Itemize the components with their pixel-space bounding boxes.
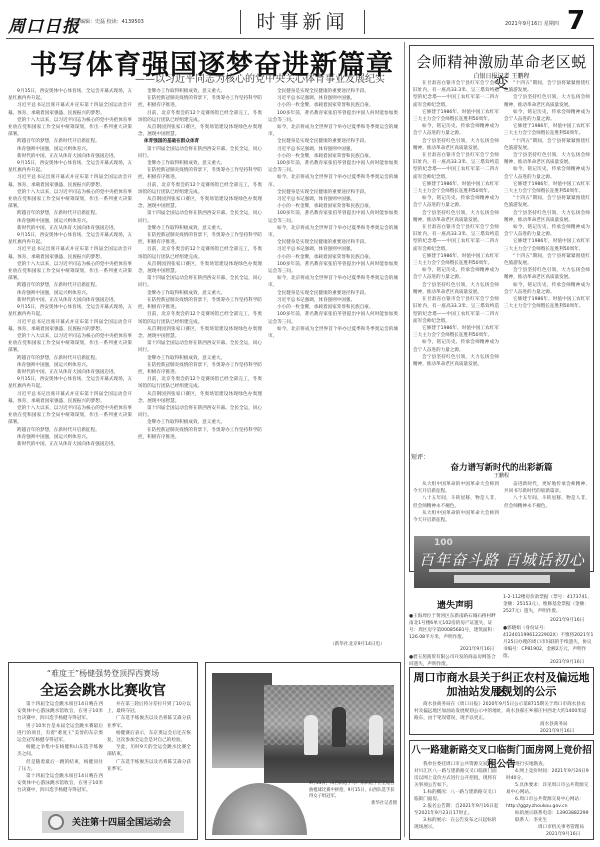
paragraph: 如今，北京将成为全世界首个举办过夏季和冬季奥运会的城市。 [268,124,398,138]
lead-subheadline: ——以习近平同志为核心的党中央关心体育事业发展纪实 [135,70,385,85]
paragraph: 新时代的中国，正在从体育大国向体育强国迈进。 [8,225,132,232]
paragraph: 如今，铭记历史、传承会师精神成为会宁人奋进的力量之源。 [504,282,590,296]
paragraph: 杨健赛后表示，东京奥运会后还在恢复，这次参加全运会是对自己的检验。 [107,730,191,744]
paragraph: 在甘肃省白银市会宁县红军会宁会师旧址内，有一座高33.3米、呈三塔耸峙造型的纪念… [413,80,499,109]
paragraph: 目前，北京冬奥会的12个竞赛场馆已经全部完工，冬奥场馆的运行团队已经组建完成。 [138,376,262,390]
paragraph: 新时代的中国，正在从体育大国向体育强国迈进。 [8,441,132,448]
paragraph: 如今，铭记历史、传承会师精神成为会宁人奋进的力量之源。 [413,123,499,137]
diving-headline: 全运会跳水比赛收官 [9,680,197,700]
player-figure [304,715,318,755]
paragraph: 新时代的中国，正在从体育大国向体育强国迈进。 [8,153,132,160]
paragraph: 金牌办工作取得积极成效，意义重大。 [138,419,262,426]
paragraph: 9月15日，西安奥体中心体育场，全运会开幕式现场，五星红旗冉冉升起。 [8,376,132,390]
banner-caption-box [454,575,550,583]
paragraph: 3.标的展示：在公告发布之日起标的现场展示。 [414,817,500,831]
paragraph: 跨越百年的梦想，在新时代开启新征程。 [8,427,132,434]
caption-text: 9月15日，山西队选手与广东队选手在全运会曲棍球比赛中拼抢，9月15日，山西队选… [309,781,395,799]
lost-notice-entry-4: ●郭晓娟（身份证号：41240119961222902X）不慎将2021年1月2… [503,625,594,660]
diving-article-box: “难度王”杨健强势登顶捍西赛场 全运会跳水比赛收官 第十四届全运会跳水项目14日… [8,662,198,840]
paragraph: 从首钢园到张家口赛区，冬奥场馆建设体现绿色办奥理念，展现中国智慧。 [138,124,262,138]
paragraph: 联系人：李先生 [506,817,591,824]
paragraph: 它修建于1986年，时值中国工农红军三大主力会宁会师暨长征胜利50周年。 [504,181,590,195]
lost-notice-entry-1: ●王海周位于黄河区东新南路石城石桥村畔南北1号楼6单元102房的房产证遗失，证号… [409,613,497,641]
sports-photo-box: 9月15日，山西队选手与广东队选手在全运会曲棍球比赛中拼抢，9月15日，山西队选… [205,662,401,840]
paragraph: 目前，北京冬奥会的12个竞赛场馆已经全部完工，冬奥场馆的运行团队已经组建完成。 [138,182,262,196]
paragraph: 在甘肃省白银市会宁县红军会宁会师旧址内，有一座高33.3米、呈三塔耸峙造型的纪念… [413,224,499,253]
feature-byline: 白银日报记者 王鹏程 [410,71,593,80]
paragraph: 会宁县坚持红色引领，大力弘扬会师精神，推动革命老区高质量发展。 [504,94,590,108]
paragraph: 100多年前，著名教育家张伯苓曾提出中国人何时能参加奥运会等三问。 [268,160,398,174]
paragraph: 党的十八大以来，以习近平同志为核心的党中央把体育事业放在党和国家工作全局中统筹谋… [8,405,132,427]
paragraph: 如今，北京将成为全世界首个举办过夏季和冬季奥运会的城市。 [268,225,398,239]
hockey-photo-main [264,685,394,783]
paragraph: 全民健身是实现全民健康的重要途径和手段。 [268,189,398,196]
centenary-badge: 100 [434,538,453,548]
lost-notice-date-4: 2021年9月16日 [550,659,584,665]
paragraph: 习近平总书记强调，体育强则中国强。 [268,196,398,203]
paragraph: 从大组中国革命的中国革命大会师到今天开启新征程。 [413,510,499,524]
paragraph: 会宁县坚持红色引领，大力弘扬会师精神，推动革命老区高质量发展。 [413,282,499,296]
paragraph: 100多年前，著名教育家张伯苓曾提出中国人何时能参加奥运会等三问。 [268,210,398,224]
paragraph: 在防控新冠肺炎疫情的背景下，冬奥筹办工作坚持科学防控，积极有序推进。 [138,362,262,376]
national-games-banner: 关注第十四届全国运动会 [42,811,184,833]
hockey-photo-left [212,673,272,768]
paragraph: 标的展示联系电话：13903882299 [506,810,591,817]
paragraph: “十四五”期间，会宁县将紧紧围绕红色旅游发展。 [504,195,590,209]
paragraph: 全民健身是实现全民健康的重要途径和手段。 [268,138,398,145]
paragraph: 习近平总书记出席开幕式并宣布第十四届全国运动会开幕。体育，承载着国家强盛、民族振… [8,102,132,116]
commentary-byline: 王鹏程 [409,472,594,479]
paragraph: 跨越百年的梦想，在新时代开启新征程。 [8,138,132,145]
paragraph: 杨健之争集中在杨健和山东选手练俊杰之间。 [17,744,103,758]
paragraph: 在防控新冠肺炎疫情的背景下，冬奥筹办工作坚持科学防控，积极有序推进。 [138,167,262,181]
paragraph: 在防控新冠肺炎疫情的背景下，冬奥筹办工作坚持科学防控，积极有序推进。 [138,427,262,441]
games-banner-label: 关注第十四届全国运动会 [72,815,171,828]
paragraph: 习近平总书记强调，体育强则中国强。 [268,246,398,253]
paragraph: 新时代的中国，正在从体育大国向体育强国迈进。 [8,369,132,376]
paragraph: 5.具体要求：详见周口市公共资源交易中心网站。 [506,782,591,796]
paragraph: 小小的一枚金牌，承载着国家荣誉和民族自豪。 [268,102,398,109]
lost-notice-date-1: 2021年9月16日 [460,646,494,652]
website-link[interactable]: 6.周口市公共资源交易中心网站：http://ggzy.zhoukou.gov.… [506,796,591,810]
commentary-column-1: 从大组中国革命的中国革命大会师到今天开启新征程。 八十五年间，斗转星移，物是人非… [413,481,499,531]
paragraph: 全民健身是实现全民健康的重要途径和手段。 [268,290,398,297]
paragraph: 全民健身是实现全民健康的重要途径和手段。 [268,88,398,95]
paragraph: 从首钢园到张家口赛区，冬奥场馆建设体现绿色办奥理念，展现中国智慧。 [138,261,262,275]
paragraph: 金牌办工作取得积极成效，意义重大。 [138,88,262,95]
paragraph: 会宁县坚持红色引领，大力弘扬会师精神，推动革命老区高质量发展。 [413,354,499,368]
lead-column-3: 全民健身是实现全民健康的重要途径和手段。 习近平总书记强调，体育强则中国强。 小… [268,88,398,634]
county-notice-body: 商水县商务局在《周口日报》2020年9月5日公示第8715期关于周口市商水县农村… [414,701,590,722]
paragraph: 100多年前，著名教育家张伯苓曾提出中国人何时能参加奥运会等三问。 [268,261,398,275]
paragraph: 它修建于1986年，时值中国工农红军三大主力会宁会师暨长征胜利50周年。 [413,181,499,195]
subheading: 体育强国的基础在群众体育 [138,138,262,145]
paragraph: 在甘肃省白银市会宁县红军会宁会师旧址内，有一座高33.3米、呈三塔耸峙造型的纪念… [413,296,499,325]
paragraph: 如今，铭记历史、传承会师精神成为会宁人奋进的力量之源。 [413,339,499,353]
paragraph: 党的十八大以来，以习近平同志为核心的党中央把体育事业放在党和国家工作全局中统筹谋… [8,189,132,211]
commentary-label: 短评： [411,452,429,461]
paragraph: 第十四届全国运动会将在陕西西安开幕。全民全运，同心同行。 [138,210,262,224]
paragraph: 它修建于1986年，时值中国工农红军三大主力会宁会师暨长征胜利50周年。 [504,123,590,137]
paragraph: 党的十八大以来，以习近平同志为核心的党中央把体育事业放在党和国家工作全局中统筹谋… [8,261,132,283]
paragraph: 跨越百年的梦想，在新时代开启新征程。 [8,355,132,362]
editor-info: 值班编辑：史磊 校读：4139503 [70,18,144,25]
paragraph: 第十四届全国运动会将在陕西西安开幕。全民全运，同心同行。 [138,340,262,354]
auction-notice-issuer: 周口市机关事务管理局 [538,824,584,830]
paragraph: 小小的一枚金牌，承载着国家荣誉和民族自豪。 [268,254,398,261]
paragraph: 如今，铭记历史、传承会师精神成为会宁人奋进的力量之源。 [504,109,590,123]
paragraph: “十四五”期间，会宁县将紧紧围绕红色旅游发展。 [504,80,590,94]
paragraph: 目前，北京冬奥会的12个竞赛场馆已经全部完工，冬奥场馆的运行团队已经组建完成。 [138,246,262,260]
auction-notice-left: 我单位委托周口市公共资源交易中心对川汇区八一路与建新路交叉口临街门面房以网上竞价… [414,761,500,831]
paragraph: 金牌办工作取得积极成效，意义重大。 [138,225,262,232]
paragraph: 习近平总书记强调，体育强则中国强。 [268,146,398,153]
paragraph: 会宁县坚持红色引领，大力弘扬会师精神，推动革命老区高质量发展。 [413,138,499,152]
paragraph: 第十四届全国运动会将在陕西西安开幕。全民全运，同心同行。 [138,405,262,419]
paragraph: “十四五”期间，会宁县将紧紧围绕红色旅游发展。 [504,253,590,267]
paragraph: 如今，铭记历史、传承会师精神成为会宁人奋进的力量之源。 [504,224,590,238]
paragraph: 目前，北京冬奥会的12个竞赛场馆已经全部完工，冬奥场馆的运行团队已经组建完成。 [138,110,262,124]
paragraph: 金牌办工作取得积极成效，意义重大。 [138,290,262,297]
paragraph: 如今，北京将成为全世界首个举办过夏季和冬季奥运会的城市。 [268,174,398,188]
paragraph: 如今，铭记历史、传承会师精神成为会宁人奋进的力量之源。 [413,195,499,209]
paragraph: 男子10米台是本届全运会跳水赛最后进行的项目，有着“难度王”美誉的东京奥运会冠军… [17,723,103,745]
county-notice-box: 周口市商水县关于纠正农村及偏远地区 加油站发展规划的公示 商水县商务局在《周口日… [409,667,594,735]
feature-column-2: “十四五”期间，会宁县将紧紧围绕红色旅游发展。 会宁县坚持红色引领，大力弘扬会师… [504,80,590,442]
paragraph: 党的十八大以来，以习近平同志为核心的党中央把体育事业放在党和国家工作全局中统筹谋… [8,333,132,355]
lead-column-2: 金牌办工作取得积极成效，意义重大。 在防控新冠肺炎疫情的背景下，冬奥筹办工作坚持… [138,88,262,646]
paragraph: 它修建于1986年，时值中国工农红军三大主力会宁会师暨长征胜利50周年。 [504,296,590,310]
paragraph: 跨越百年的梦想，在新时代开启新征程。 [8,282,132,289]
county-notice-date: 2021年9月16日 [540,728,574,734]
games-emblem-icon [48,814,64,830]
paragraph: 我单位委托周口市公共资源交易中心对川汇区八一路与建新路交叉口临街门面房以网上竞价… [414,761,500,789]
paragraph: 它修建于1986年，时值中国工农红军三大主力会宁会师暨长征胜利50周年。 [413,253,499,267]
paragraph: 但是随着最后一跳的结束，杨健顶住了压力。 [17,759,103,773]
lost-notice-title: 遗失声明 [437,598,473,611]
paragraph: 习近平总书记出席开幕式并宣布第十四届全国运动会开幕。体育，承载着国家强盛、民族振… [8,246,132,260]
shooting-photo-circle [212,783,307,835]
paragraph: 会宁县坚持红色引领，大力弘扬会师精神，推动革命老区高质量发展。 [504,267,590,281]
goalkeeper-figure [332,707,346,747]
banner-slogan: 百年奋斗路 百城话初心 [414,549,590,570]
paragraph: 9月15日，西安奥体中心体育场，全运会开幕式现场，五星红旗冉冉升起。 [8,160,132,174]
masthead-rule [6,38,594,39]
paragraph: 9月15日，西安奥体中心体育场，全运会开幕式现场，五星红旗冉冉升起。 [8,304,132,318]
paragraph: 并在第三轮后将分差拉开到了10分以上，最终夺冠。 [107,701,191,715]
paragraph: 4.网上竞价时间：2021年9月24日9时40分。 [506,768,591,782]
paragraph: 1.标的概况：八一路与建新路交叉口临街门面房。 [414,789,500,803]
paragraph: 从首钢园到张家口赛区，冬奥场馆建设体现绿色办奥理念，展现中国智慧。 [138,196,262,210]
paragraph: 9月15日，西安奥体中心体育场，全运会开幕式现场，五星红旗冉冉升起。 [8,232,132,246]
county-notice-issuer: 商水县商务局 [540,721,568,727]
paragraph: 广东选手练俊杰以及名将陈艾森分获亚季军。 [107,759,191,773]
paragraph: 全民健身是实现全民健康的重要途径和手段。 [268,239,398,246]
paragraph: 2.报名公告期：自2021年9月16日起至2021年9月23日17时止。 [414,803,500,817]
lost-notice-entry-2: ●碧玉苑商贸有限公司开发的商品房网签合同遗失，声明作废。 [409,654,497,668]
paragraph: 如今，铭记历史、传承会师精神成为会宁人奋进的力量之源。 [413,267,499,281]
photo-caption: 9月15日，山西队选手与广东队选手在全运会曲棍球比赛中拼抢，9月15日，山西队选… [309,781,397,808]
paragraph: 第十四届全运会跳水项目14日晚在西安奥体中心游泳跳水馆收官，在男子10米台决赛中… [17,773,103,795]
diving-column-1: 第十四届全运会跳水项目14日晚在西安奥体中心游泳跳水馆收官，在男子10米台决赛中… [17,701,103,809]
photo-credit: 新华社记者摄 [309,801,397,808]
masthead: 周口日报 值班编辑：史磊 校读：4139503 时事新闻 2021年9月16日 … [0,0,600,40]
paragraph: 小小的一枚金牌，承载着国家荣誉和民族自豪。 [268,203,398,210]
paragraph: 新时代的中国，正在从体育大国向体育强国迈进。 [8,297,132,304]
paragraph: 它修建于1986年，时值中国工农红军三大主力会宁会师暨长征胜利50周年。 [504,238,590,252]
paragraph: 小小的一枚金牌，承载着国家荣誉和民族自豪。 [268,304,398,311]
paragraph: 在防控新冠肺炎疫情的背景下，冬奥筹办工作坚持科学防控，积极有序推进。 [138,95,262,109]
paragraph: 从大组中国革命的中国革命大会师到今天开启新征程。 [413,481,499,495]
column-divider [404,42,405,837]
paragraph: 在甘肃省白银市会宁县红军会宁会师旧址内，有一座高33.3米、呈三塔耸峙造型的纪念… [413,152,499,181]
paragraph: 会宁县坚持红色引领，大力弘扬会师精神，推动革命老区高质量发展。 [413,210,499,224]
paragraph: 体育强则中国强，国运兴则体育兴。 [8,290,132,297]
paragraph: “十四五”期间，会宁县将紧紧围绕红色旅游发展。 [504,138,590,152]
commentary-column-2: 奋进新时代，更好地传承会师精神，共同书写新时代的崭新篇章。 八十五年间，斗转星移… [504,481,590,531]
paragraph: 它修建于1986年，时值中国工农红军三大主力会宁会师暨长征胜利50周年。 [413,109,499,123]
paragraph: 奋进新时代，更好地传承会师精神，共同书写新时代的崭新篇章。 [504,481,590,495]
page-number: 7 [567,6,585,36]
paragraph: 党的十八大以来，以习近平同志为核心的党中央把体育事业放在党和国家工作全局中统筹谋… [8,117,132,139]
paragraph: 100多年前，著名教育家张伯苓曾提出中国人何时能参加奥运会等三问。 [268,110,398,124]
auction-notice-box: 八一路建新路交叉口临街门面房网上竞价招租公告 我单位委托周口市公共资源交易中心对… [409,740,594,840]
paragraph: 从首钢园到张家口赛区，冬奥场馆建设体现绿色办奥理念，展现中国智慧。 [138,326,262,340]
paragraph: 会宁县坚持红色引领，大力弘扬会师精神，推动革命老区高质量发展。 [504,152,590,166]
centenary-banner: 100 百年奋斗路 百城话初心 [414,536,590,588]
diving-kicker: “难度王”杨健强势登顶捍西赛场 [9,668,197,679]
paragraph: 至此，历时9天的全运会跳水比赛全部结束。 [107,744,191,758]
paragraph: 如今，北京将成为全世界首个举办过夏季和冬季奥运会的城市。 [268,326,398,340]
paragraph: 小小的一枚金牌，承载着国家荣誉和民族自豪。 [268,153,398,160]
lead-credit: （新华社北京9月14日电） [330,641,385,647]
paragraph: 体育强则中国强，国运兴则体育兴。 [8,362,132,369]
paragraph: 习近平总书记强调，体育强则中国强。 [268,95,398,102]
lead-column-1: 9月15日，西安奥体中心体育场，全运会开幕式现场，五星红旗冉冉升起。 习近平总书… [8,88,132,646]
paragraph: 跨越百年的梦想，在新时代开启新征程。 [8,210,132,217]
paragraph: 在防控新冠肺炎疫情的背景下，冬奥筹办工作坚持科学防控，积极有序推进。 [138,297,262,311]
diving-column-2: 并在第三轮后将分差拉开到了10分以上，最终夺冠。 广东选手练俊杰以及名将陈艾森分… [107,701,191,809]
paragraph: 体育强则中国强，国运兴则体育兴。 [8,146,132,153]
paragraph: 目前，北京冬奥会的12个竞赛场馆已经全部完工，冬奥场馆的运行团队已经组建完成。 [138,311,262,325]
paragraph: 第十四届全国运动会将在陕西西安开幕。全民全运，同心同行。 [138,275,262,289]
auction-notice-right: 标的进行实地勘查。 4.网上竞价时间：2021年9月24日9时40分。 5.具体… [506,761,591,824]
county-notice-title-line2: 加油站发展规划的公示 [410,685,593,699]
paragraph: 9月15日，西安奥体中心体育场，全运会开幕式现场，五星红旗冉冉升起。 [8,88,132,102]
paragraph: 在防控新冠肺炎疫情的背景下，冬奥筹办工作坚持科学防控，积极有序推进。 [138,232,262,246]
paragraph: 习近平总书记出席开幕式并宣布第十四届全国运动会开幕。体育，承载着国家强盛、民族振… [8,391,132,405]
issue-date: 2021年9月16日 星期四 [505,20,559,27]
auction-notice-date: 2021年9月16日 [546,831,580,837]
player-figure [369,715,383,755]
paragraph: 从首钢园到张家口赛区，冬奥场馆建设体现绿色办奥理念，展现中国智慧。 [138,391,262,405]
paragraph: 体育强则中国强，国运兴则体育兴。 [8,434,132,441]
paragraph: 如今，铭记历史、传承会师精神成为会宁人奋进的力量之源。 [504,166,590,180]
paragraph: 习近平总书记强调，体育强则中国强。 [268,297,398,304]
paragraph: 金牌办工作取得积极成效，意义重大。 [138,355,262,362]
paragraph: 习近平总书记出席开幕式并宣布第十四届全国运动会开幕。体育，承载着国家强盛、民族振… [8,319,132,333]
section-title: 时事新闻 [240,10,365,34]
feature-column-1: 在甘肃省白银市会宁县红军会宁会师旧址内，有一座高33.3米、呈三塔耸峙造型的纪念… [413,80,499,442]
paragraph: 八十五年间，斗转星移，物是人非，但会师精神永不褪色。 [413,495,499,509]
paragraph: 100多年前，著名教育家张伯苓曾提出中国人何时能参加奥运会等三问。 [268,311,398,325]
paragraph: 第十四届全运会跳水项目14日晚在西安奥体中心游泳跳水馆收官，在男子10米台决赛中… [17,701,103,723]
paragraph: 广东选手练俊杰以及名将陈艾森分获亚季军。 [107,715,191,729]
paragraph: 标的进行实地勘查。 [506,761,591,768]
lost-notice-entry-3: 1-2-112楼房价款票据（票号：4173741，金额：25153元），维修基金… [503,594,594,615]
paragraph: 八十五年间，斗转星移，物是人非，但会师精神永不褪色。 [504,495,590,509]
lost-notice-date-3: 2021年9月16日 [550,617,584,623]
paragraph: 体育强则中国强，国运兴则体育兴。 [8,218,132,225]
banner-subline [429,569,575,572]
paragraph: 金牌办工作取得积极成效，意义重大。 [138,160,262,167]
paragraph: 如今，北京将成为全世界首个举办过夏季和冬季奥运会的城市。 [268,275,398,289]
paragraph: 会宁县坚持红色引领，大力弘扬会师精神，推动革命老区高质量发展。 [504,210,590,224]
paragraph: 习近平总书记出席开幕式并宣布第十四届全国运动会开幕。体育，承载着国家强盛、民族振… [8,174,132,188]
paragraph: 第十四届全国运动会将在陕西西安开幕。全民全运，同心同行。 [138,146,262,160]
paragraph: 它修建于1986年，时值中国工农红军三大主力会宁会师暨长征胜利50周年。 [413,325,499,339]
